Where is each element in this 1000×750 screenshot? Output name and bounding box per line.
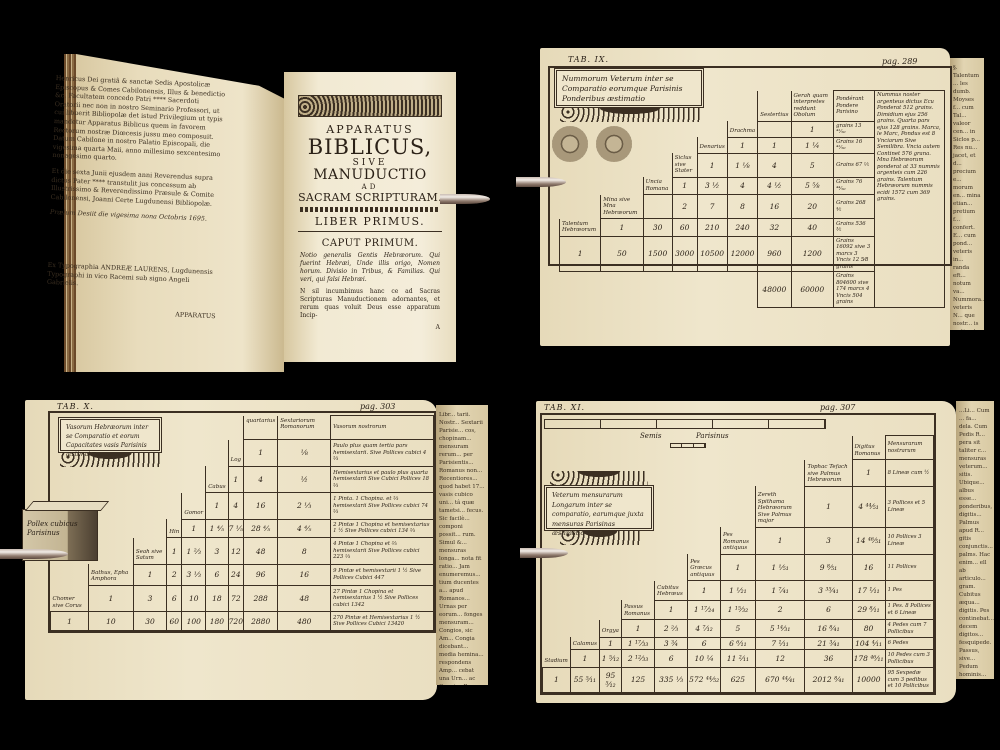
woodcut-headpiece-ornament bbox=[298, 95, 442, 117]
chapter-summary: Notio generalis Gentis Hebræorum. Qui fu… bbox=[300, 252, 440, 284]
col-header-pes-graecus: Pes Græcus antiquus bbox=[688, 554, 721, 581]
plate-number: TAB. X. bbox=[57, 402, 94, 411]
table-row: Pes Romanus antiquus 1 3 14 ⁴⁶⁄₅₁ 10 Pol… bbox=[543, 527, 934, 554]
plate-number: TAB. XI. bbox=[544, 403, 585, 412]
col-header-seah: Seah sive Satum bbox=[133, 538, 166, 565]
col-header-sestertius: Sestertius bbox=[758, 91, 791, 122]
table-row: Tophac Tefach sive Palmus Hebræorum 1 8 … bbox=[543, 460, 934, 487]
col-header-tophac: Tophac Tefach sive Palmus Hebræorum bbox=[805, 460, 852, 487]
table-row: Cabus 1 4 ½ Hemisextarius et paulo plus … bbox=[51, 466, 434, 493]
table-row: Pes Græcus antiquus 1 1 ⅟₅₁ 9 ⁸⁄₅₁ 16 11… bbox=[543, 554, 934, 581]
col-header-digitus: Digitus Romanus bbox=[852, 436, 885, 460]
tab-x-facing-page: Libr... tarii. Nostr... Sextarii Parisie… bbox=[436, 405, 488, 685]
coin-comparison-table: Sestertius Gerah quam interpretes reddun… bbox=[559, 90, 945, 308]
catchword: APPARATUS bbox=[46, 304, 216, 320]
table-row: Log 1 ⅛ Paulo plus quam tertia pars hemi… bbox=[51, 440, 434, 467]
pointer-blade-icon bbox=[516, 177, 566, 187]
col-header-uncia: Uncia Romana bbox=[643, 177, 672, 195]
col-header-chomer: Chomer sive Corus bbox=[51, 585, 89, 612]
col-header-log: Log bbox=[228, 440, 243, 467]
approbation-text-block: Henricus Dei gratiâ & sanctæ Sedis Apost… bbox=[45, 74, 226, 327]
table-row: Orgya 1 2 ⅔ 4 ⁷⁄₁₂ 5 5 ¹⁴⁄₃₁ 16 ⁸⁄₄₁ 80 … bbox=[543, 620, 934, 638]
length-comparison-table: Digitus Romanus Mensurarum nostrarum Top… bbox=[542, 435, 934, 693]
table-row: Stadium 1 1 ⁵⁄₁₂ 2 ¹²⁄₃₃ 6 10 ¼ 11 ²⁄₁₁ … bbox=[543, 650, 934, 668]
col-header-orgya: Orgya bbox=[599, 620, 621, 638]
table-row: Cubitus Hebræus 1 1 ⅟₂₁ 1 ⁷⁄₄₁ 3 ³⁵⁄₄₁ 1… bbox=[543, 581, 934, 600]
pointer-blade-icon bbox=[520, 548, 568, 558]
tab-x-photo: Libr... tarii. Nostr... Sextarii Parisie… bbox=[0, 375, 500, 750]
col-header-pes-romanus: Pes Romanus antiquus bbox=[721, 527, 756, 554]
col-header-cabus: Cabus bbox=[206, 466, 228, 493]
col-header-denarius: Denarius bbox=[697, 137, 727, 153]
cession-paragraph: Et die sexta Junii ejusdem anni Reverend… bbox=[50, 167, 221, 209]
col-header-quartarius: quartarius bbox=[244, 416, 278, 440]
printer-imprint: Ex Typographia ANDREÆ LAURENS, Lugdunens… bbox=[47, 261, 218, 294]
col-header-sextarius: Sextariorum Romanorum bbox=[278, 416, 331, 440]
book-heading: LIBER PRIMUS. bbox=[298, 215, 442, 232]
col-header-weight: Pondérant Pondere Parisino bbox=[834, 91, 875, 122]
signature-mark: A bbox=[300, 324, 440, 332]
page-reference: pag. 303 bbox=[360, 402, 395, 411]
title-line-sacram-scripturam: SACRAM SCRIPTURAM. bbox=[294, 191, 446, 204]
tab-ix-photo: §. Talentum ... les dumb. Moyses f... cu… bbox=[500, 0, 1000, 375]
col-header-vasorum-nostrorum: Vasorum nostrorum bbox=[331, 416, 434, 440]
page-reference: pag. 289 bbox=[882, 57, 917, 66]
col-header-passus: Passus Romanus bbox=[622, 600, 655, 619]
col-header-mensurarum-nostrarum: Mensurarum nostrarum bbox=[885, 436, 933, 460]
tab-xi-facing-page: ...Li... Cum ... fa... dela. Cum Pedis R… bbox=[956, 401, 994, 679]
table-row: 1 10 30 60 100 180 720 2880 480 270 Pint… bbox=[51, 612, 434, 631]
tab-xi-photo: ...Li... Cum ... fa... dela. Cum Pedis R… bbox=[500, 375, 1000, 750]
col-header-gerah: Gerah quam interpretes reddunt Obolum bbox=[791, 91, 834, 122]
col-header-bathus: Bathus, Epha Amphora bbox=[89, 564, 134, 585]
table-row: Hin 1 1 ⅘ 7 ⅕ 28 ⅘ 4 ⅘ 2 Pintæ 1 Chopina… bbox=[51, 519, 434, 538]
table-row: Chomer sive Corus 1 3 6 10 18 72 288 48 … bbox=[51, 585, 434, 612]
col-header-siclus: Siclus sive Stater bbox=[672, 153, 697, 177]
title-line-manuductio: MANUDUCTIO bbox=[294, 168, 446, 183]
col-header-mina: Mina sive Mna Hebræorum bbox=[601, 195, 643, 219]
title-page-block: APPARATUS BIBLICUS, SIVE MANUDUCTIO AD S… bbox=[294, 95, 446, 332]
col-header-gomor: Gomor bbox=[182, 493, 206, 520]
col-header-cubitus: Cubitus Hebræus bbox=[655, 581, 688, 600]
table-row: 1 55 ⁵⁄₁₁ 95 ⁵⁄₁₂ 125 335 ⅓ 572 ⁴⁴⁄₅₂ 62… bbox=[543, 667, 934, 692]
col-header-hin: Hin bbox=[167, 519, 182, 538]
printing-completed-line: Prælum Desiit die vigesima nona Octobris… bbox=[50, 208, 220, 224]
tab-ix-facing-page: §. Talentum ... les dumb. Moyses f... cu… bbox=[950, 58, 984, 330]
table-row: Seah sive Satum 1 1 ⅔ 3 12 48 8 4 Pintæ … bbox=[51, 538, 434, 565]
chapter-heading: CAPUT PRIMUM. bbox=[294, 238, 446, 249]
table-row: Passus Romanus 1 1 ¹⁷⁄₂₄ 1 ¹⁵⁄₃₂ 2 6 29 … bbox=[543, 600, 934, 619]
title-line-ad: AD bbox=[294, 183, 446, 191]
page-reference: pag. 307 bbox=[820, 403, 855, 412]
vessel-comparison-table: quartarius Sextariorum Romanorum Vasorum… bbox=[50, 415, 434, 631]
col-header-talentum: Talentum Hebræorum bbox=[560, 219, 601, 237]
col-header-drachma: Drachma bbox=[727, 121, 757, 137]
table-row: Calamus 1 1 ¹⁷⁄₃₃ 3 ¾ 6 6 ⁶⁄₁₁ 7 ¹⁄₁₁ 21… bbox=[543, 637, 934, 649]
table-row: Bathus, Epha Amphora 1 2 3 ⅓ 6 24 96 16 … bbox=[51, 564, 434, 585]
paris-foot-scale-bar bbox=[544, 419, 826, 429]
col-header-zereth: Zereth Spithama Hebræorum Sive Palmus ma… bbox=[755, 486, 805, 527]
pointer-blade-icon bbox=[440, 194, 490, 204]
col-header-calamus: Calamus bbox=[570, 637, 599, 649]
col-header-stadium: Stadium bbox=[543, 650, 571, 668]
approbation-paragraph: Henricus Dei gratiâ & sanctæ Sedis Apost… bbox=[52, 74, 226, 167]
currency-notes: Nummus noster argenteus dictus Ecu Ponde… bbox=[875, 91, 945, 308]
title-line-biblicus: BIBLICUS, bbox=[294, 136, 446, 158]
title-spread-photo: Henricus Dei gratiâ & sanctæ Sedis Apost… bbox=[0, 0, 500, 375]
ornamental-rule bbox=[300, 207, 440, 212]
table-row: Gomor 1 4 16 2 ⅓ 1 Pinta. 1 Chopina. et … bbox=[51, 493, 434, 520]
table-row: Zereth Spithama Hebræorum Sive Palmus ma… bbox=[543, 486, 934, 527]
pointer-blade-icon bbox=[0, 549, 68, 559]
plate-number: TAB. IX. bbox=[568, 55, 609, 64]
chapter-incipit: N sil incumbimus hanc ce ad Sacras Scrip… bbox=[300, 288, 440, 320]
